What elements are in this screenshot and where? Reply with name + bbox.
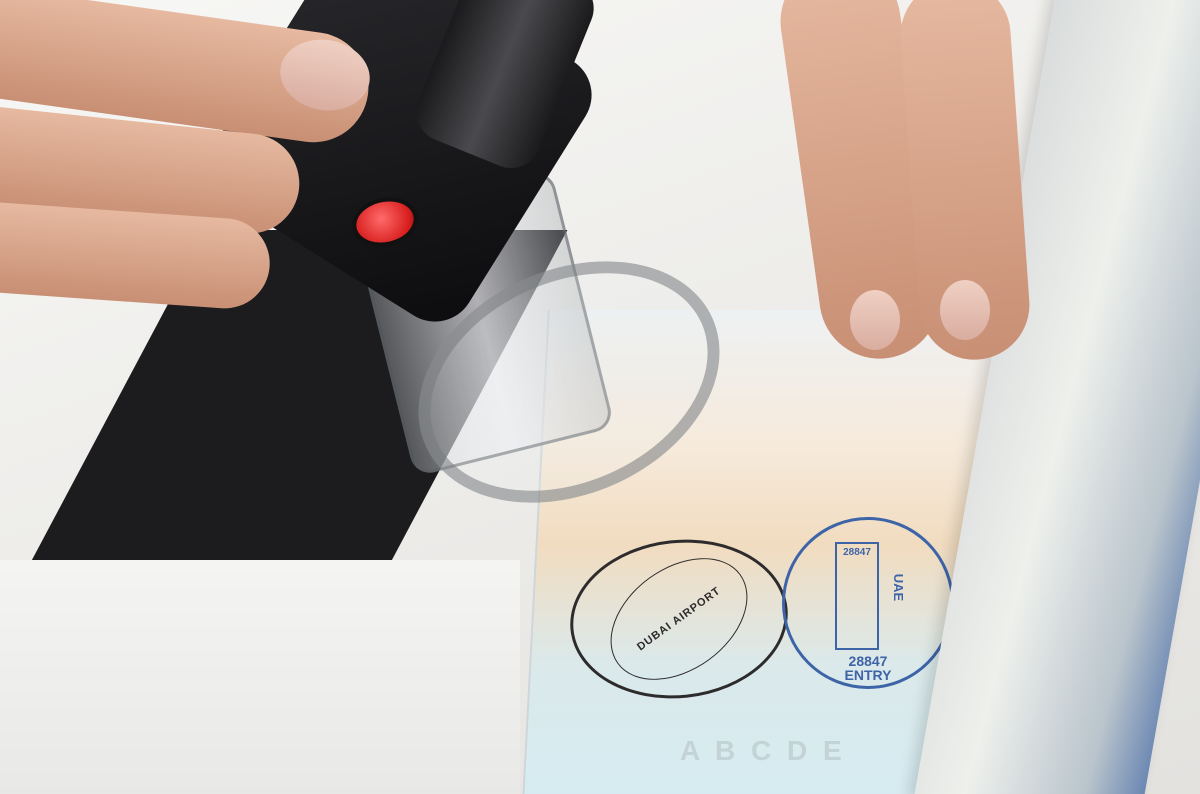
entry-stamp-number: 28847 (785, 654, 951, 668)
photo-scene: A B C D E DUBAI AIRPORT 28847 UAE 28847 … (0, 0, 1200, 794)
entry-stamp-label: ENTRY (785, 667, 951, 683)
exit-stamp-line-1: DUBAI AIRPORT (634, 584, 723, 654)
exit-stamp-text: DUBAI AIRPORT (588, 533, 771, 705)
white-counter (0, 560, 520, 794)
right-fingernail-2 (940, 280, 990, 340)
entry-box-number: 28847 (843, 547, 871, 558)
left-hand (0, 0, 400, 330)
right-hand (740, 0, 1040, 380)
right-fingernail-1 (850, 290, 900, 350)
entry-stamp-country: UAE (891, 574, 906, 601)
entry-stamp-date-box: 28847 (835, 542, 879, 650)
entry-stamp: 28847 UAE 28847 ENTRY (782, 517, 954, 689)
passport-serial-faint: A B C D E (680, 735, 846, 767)
